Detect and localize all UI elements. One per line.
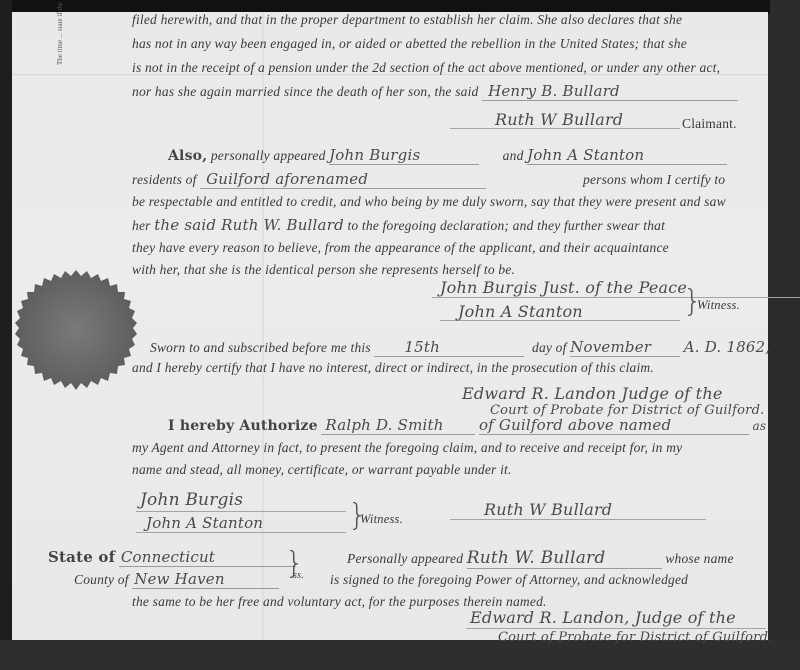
declaration-line-2: has not in any way been engaged in, or a… (132, 36, 687, 52)
county-name: New Haven (132, 570, 279, 589)
witness-signature-1: John Burgis Just. of the Peace (440, 278, 687, 297)
declaration-line-4-text: nor has she again married since the deat… (132, 84, 479, 99)
sworn-year: A. D. 1862, (684, 338, 771, 356)
state-line: State of Connecticut (48, 548, 296, 567)
witness-label: Witness. (697, 298, 740, 313)
also-line: Also, personally appeared John Burgis an… (168, 146, 727, 165)
judge-signature-line-2 (466, 628, 766, 629)
sworn-certify-line: and I hereby certify that I have no inte… (132, 360, 654, 376)
also-label: Also, (168, 148, 207, 164)
authorize-label: I hereby Authorize (168, 418, 318, 434)
residents-line: residents of Guilford aforenamed (132, 170, 486, 189)
poa-witness-line-1 (136, 511, 346, 512)
sworn-prefix: Sworn to and subscribed before me this (150, 340, 371, 355)
authorize-line-2: my Agent and Attorney in fact, to presen… (132, 440, 682, 456)
poa-claimant-signature: Ruth W Bullard (484, 500, 612, 519)
declaration-line-4: nor has she again married since the deat… (132, 82, 738, 101)
notary-seal-icon (14, 268, 138, 392)
affidavit-line-4: her the said Ruth W. Bullard to the fore… (132, 216, 665, 234)
appeared-line: Personally appeared Ruth W. Bullard whos… (347, 548, 734, 569)
and-text: and (503, 148, 524, 163)
residence: Guilford aforenamed (200, 170, 486, 189)
margin-note: The time ... state if the (56, 2, 64, 65)
county-line: County of New Haven (74, 570, 279, 589)
witness-signature-2: John A Stanton (458, 302, 583, 321)
ss-label: ss. (293, 570, 304, 581)
judge-title-2: Court of Probate for District of Guilfor… (498, 630, 772, 645)
claimant-signature: Ruth W Bullard (495, 110, 623, 129)
residents-label: residents of (132, 172, 197, 187)
judge-signature-1: Edward R. Landon Judge of the (462, 384, 723, 403)
sworn-month: November (570, 338, 680, 357)
appeared-text: personally appeared (211, 148, 326, 163)
son-name: Henry B. Bullard (482, 82, 738, 101)
affidavit-line-4-suffix: to the foregoing declaration; and they f… (347, 218, 665, 233)
affidavit-line-4-prefix: her (132, 218, 151, 233)
scan-border-right (770, 0, 800, 670)
judge-signature-2: Edward R. Landon, Judge of the (470, 608, 736, 627)
state-label: State of (48, 548, 115, 566)
day-of-text: day of (532, 340, 567, 355)
whose-name-text: whose name (665, 551, 733, 566)
poa-witness-signature-1: John Burgis (140, 490, 243, 510)
affidavit-line-5: they have every reason to believe, from … (132, 240, 669, 256)
scan-border-left (0, 0, 12, 670)
as-text: as (753, 419, 767, 433)
said-name: the said Ruth W. Bullard (154, 216, 344, 234)
paper-fold-vertical (262, 12, 264, 640)
affidavit-line-6: with her, that she is the identical pers… (132, 262, 515, 278)
authorize-line: I hereby Authorize Ralph D. Smith of Gui… (168, 416, 766, 435)
appeared-label: Personally appeared (347, 551, 463, 566)
authorize-line-3: name and stead, all money, certificate, … (132, 462, 512, 478)
witness-signature-line-1 (432, 297, 800, 298)
sworn-day: 15th (374, 338, 524, 357)
poa-witness-signature-2: John A Stanton (146, 514, 263, 532)
declaration-line-3: is not in the receipt of a pension under… (132, 60, 720, 76)
persons-text: persons whom I certify to (583, 172, 725, 188)
appeared-name: Ruth W. Bullard (467, 548, 662, 569)
county-label: County of (74, 572, 129, 587)
declaration-line-1: filed herewith, and that in the proper d… (132, 12, 682, 28)
affidavit-line-3: be respectable and entitled to credit, a… (132, 194, 726, 210)
witness1-name: John Burgis (329, 146, 479, 165)
poa-witness-line-2 (136, 532, 346, 533)
state-name: Connecticut (119, 548, 296, 567)
agent-residence: of Guilford above named (479, 416, 749, 435)
poa-witness-label: Witness. (360, 512, 403, 527)
sworn-line: Sworn to and subscribed before me this 1… (150, 338, 770, 357)
agent-name: Ralph D. Smith (321, 416, 475, 435)
witness2-name: John A Stanton (527, 146, 727, 165)
claimant-label: Claimant. (682, 116, 737, 132)
poa-claimant-line (450, 519, 706, 520)
acknowledgment-line-2: is signed to the foregoing Power of Atto… (330, 572, 688, 588)
